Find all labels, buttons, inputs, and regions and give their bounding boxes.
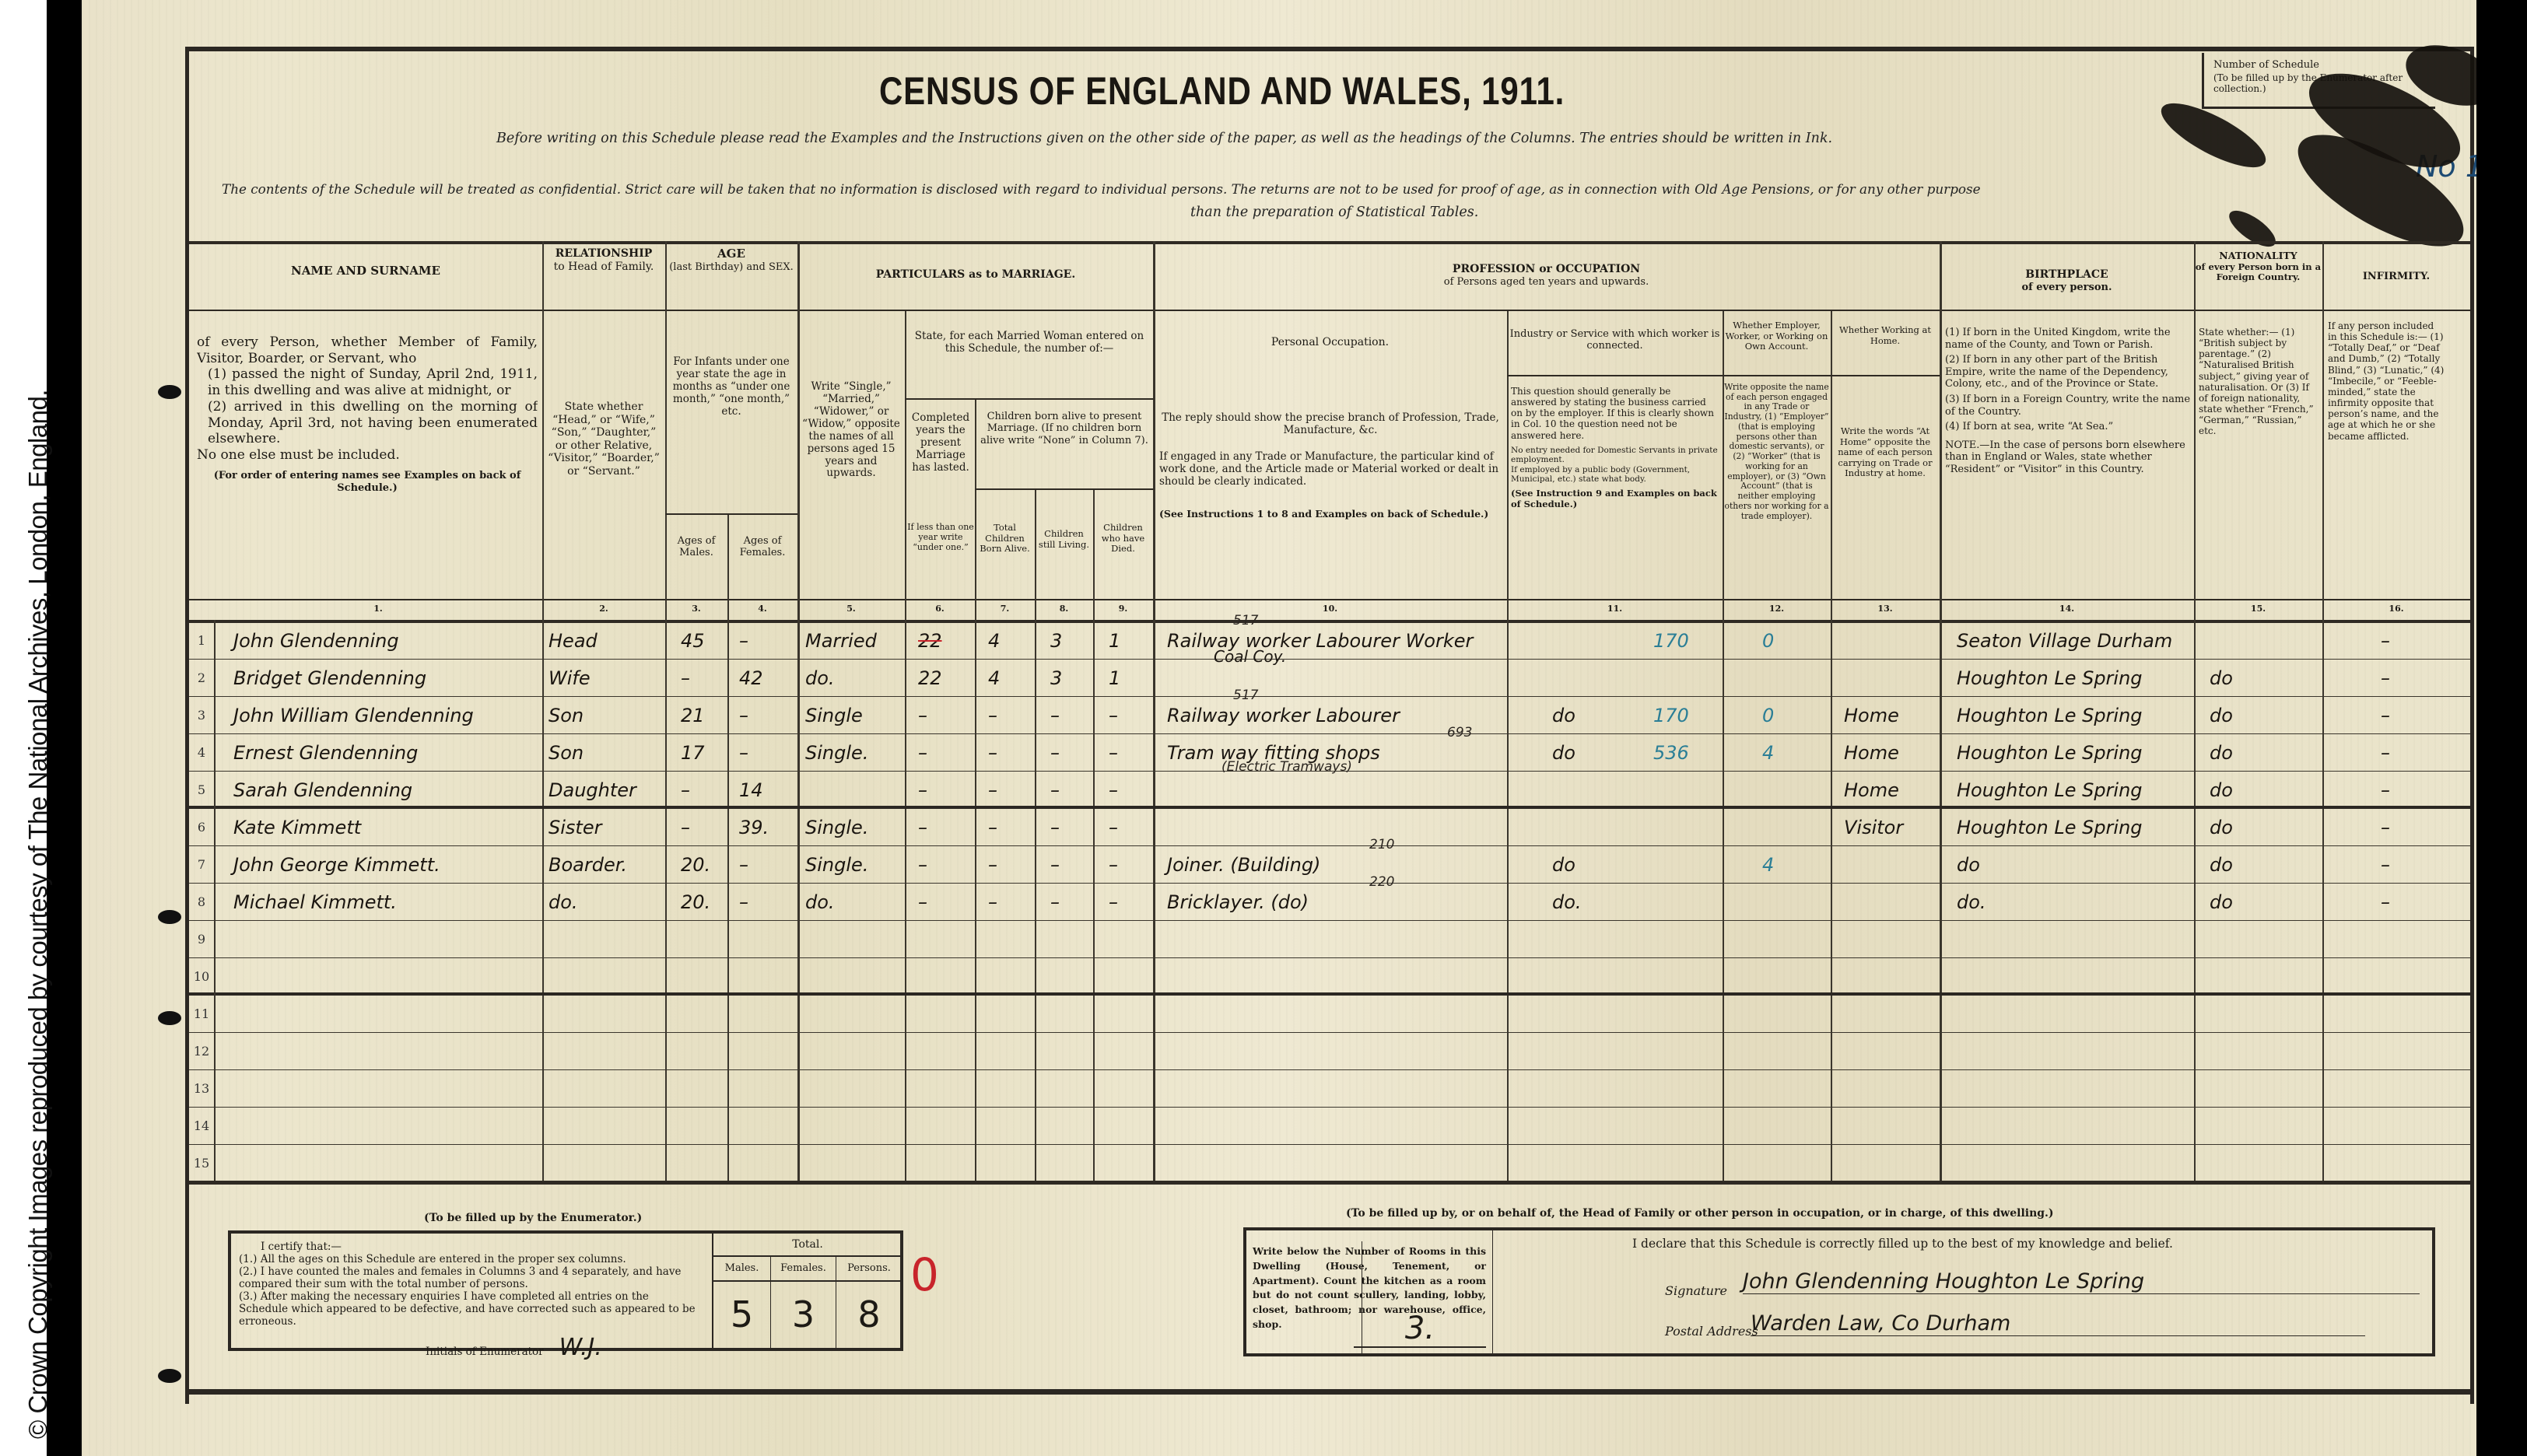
industry-code-cell[interactable]: 170: [1653, 697, 1689, 734]
industry-cell[interactable]: do: [1552, 697, 1575, 734]
years-married-cell[interactable]: –: [918, 846, 927, 884]
colnum: 8.: [1035, 604, 1093, 614]
instruction-line-1: Before writing on this Schedule please r…: [496, 131, 1832, 146]
persons-label: Persons.: [836, 1255, 902, 1282]
nationality-cell[interactable]: do: [2210, 734, 2233, 772]
infirmity-cell[interactable]: –: [2381, 734, 2390, 772]
desc-line: (1) passed the night of Sunday, April 2n…: [197, 366, 538, 398]
table-row: 2Bridget GlendenningWife–42do.22431Hough…: [189, 660, 2470, 697]
industry-code-cell[interactable]: 536: [1653, 734, 1689, 772]
schedule-number-label: Number of Schedule: [2213, 59, 2435, 71]
rule: [905, 398, 1154, 400]
col-occupation-header: PROFESSION or OCCUPATION of Persons aged…: [1153, 263, 1940, 288]
working-at-home-cell[interactable]: Visitor: [1844, 809, 1903, 846]
relationship-cell[interactable]: Son: [549, 734, 584, 772]
table-row: 4Ernest GlendenningSon17–Single.––––Tram…: [189, 734, 2470, 772]
desc-line: (See Instructions 1 to 8 and Examples on…: [1159, 509, 1502, 520]
children-died-cell[interactable]: 1: [1109, 660, 1120, 697]
occupation-cell[interactable]: Bricklayer. (do): [1167, 884, 1309, 921]
row-number: 11: [189, 996, 214, 1033]
col-birthplace-header: BIRTHPLACE of every person.: [1940, 268, 2194, 293]
table-row: 14: [189, 1108, 2470, 1145]
rule: [975, 488, 1154, 490]
occupation-cell[interactable]: Joiner. (Building): [1167, 846, 1320, 884]
total-females: 3: [771, 1282, 836, 1348]
red-check-mark: 0: [910, 1248, 939, 1301]
children-died-cell[interactable]: –: [1109, 884, 1118, 921]
age-male-cell[interactable]: –: [681, 809, 690, 846]
desc-line: No one else must be included.: [197, 447, 538, 464]
nationality-cell[interactable]: do: [2210, 697, 2233, 734]
col13-head: Whether Working at Home.: [1831, 325, 1940, 346]
children-born-cell[interactable]: –: [988, 846, 997, 884]
age-male-cell[interactable]: 20.: [681, 846, 710, 884]
age-female-cell[interactable]: –: [739, 697, 748, 734]
header-title: BIRTHPLACE: [1940, 268, 2194, 282]
header-title: NATIONALITY: [2194, 250, 2322, 262]
desc-line: NOTE.—In the case of persons born elsewh…: [1945, 439, 2191, 476]
punch-hole: [158, 1369, 181, 1383]
desc-line: No entry needed for Domestic Servants in…: [1511, 446, 1719, 465]
children-desc: Children born alive to present Marriage.…: [977, 411, 1151, 446]
employer-status-cell[interactable]: 0: [1762, 697, 1774, 734]
relationship-cell[interactable]: Sister: [549, 809, 601, 846]
infirmity-cell[interactable]: –: [2381, 772, 2390, 809]
name-cell[interactable]: John Glendenning: [233, 622, 399, 660]
industry-cell[interactable]: do: [1552, 846, 1575, 884]
row-number: 6: [189, 809, 214, 846]
col-infirmity-desc: If any person included in this Schedule …: [2328, 320, 2445, 442]
marital-status-cell[interactable]: Single.: [805, 809, 868, 846]
col-infirmity-title: INFIRMITY.: [2322, 271, 2470, 282]
desc-line: (See Instruction 9 and Examples on back …: [1511, 488, 1719, 509]
colnum: 16.: [2322, 604, 2470, 614]
rownum-divider: [214, 620, 216, 1182]
header-title: RELATIONSHIP: [542, 247, 665, 261]
row-number: 4: [189, 734, 214, 772]
table-row: 8Michael Kimmett.do.20.–do.––––Bricklaye…: [189, 884, 2470, 921]
col-age-males: Ages of Males.: [665, 535, 727, 559]
header-title: AGE: [665, 247, 797, 261]
colnum: 7.: [975, 604, 1035, 614]
row-number: 15: [189, 1145, 214, 1182]
col13-desc: Write the words “At Home” opposite the n…: [1833, 426, 1937, 479]
row-number: 10: [189, 958, 214, 996]
years-married-cell[interactable]: –: [918, 697, 927, 734]
age-male-cell[interactable]: –: [681, 772, 690, 809]
age-female-cell[interactable]: –: [739, 884, 748, 921]
row-number: 14: [189, 1108, 214, 1145]
years-married-cell[interactable]: –: [918, 884, 927, 921]
birthplace-cell[interactable]: Seaton Village Durham: [1957, 622, 2172, 660]
relationship-cell[interactable]: Boarder.: [549, 846, 627, 884]
children-living-cell[interactable]: 3: [1050, 622, 1062, 660]
desc-line: If engaged in any Trade or Manufacture, …: [1159, 451, 1502, 488]
infirmity-cell[interactable]: –: [2381, 809, 2390, 846]
col6-note: If less than one year write “under one.”: [906, 523, 975, 553]
age-female-cell[interactable]: 39.: [739, 809, 769, 846]
name-cell[interactable]: Bridget Glendenning: [233, 660, 426, 697]
form-title: CENSUS OF ENGLAND AND WALES, 1911.: [879, 68, 1565, 114]
row-number: 7: [189, 846, 214, 884]
infirmity-cell[interactable]: –: [2381, 884, 2390, 921]
name-cell[interactable]: John William Glendenning: [233, 697, 474, 734]
desc-line: of every Person, whether Member of Famil…: [197, 334, 538, 366]
desc-line: (2) arrived in this dwelling on the morn…: [197, 399, 538, 447]
punch-hole: [158, 1011, 181, 1025]
relationship-cell[interactable]: Head: [549, 622, 598, 660]
industry-cell[interactable]: do: [1552, 734, 1575, 772]
colnum: 11.: [1507, 604, 1723, 614]
col10-desc: The reply should show the precise branch…: [1159, 412, 1502, 520]
relationship-cell[interactable]: Wife: [549, 660, 591, 697]
colnum: 13.: [1831, 604, 1940, 614]
desc-line: (For order of entering names see Example…: [197, 470, 538, 495]
name-cell[interactable]: Ernest Glendenning: [233, 734, 418, 772]
males-label: Males.: [713, 1255, 771, 1282]
nationality-cell[interactable]: do: [2210, 846, 2233, 884]
years-married-cell[interactable]: 22: [918, 622, 942, 660]
punch-hole: [158, 385, 181, 399]
relationship-cell[interactable]: Son: [549, 697, 584, 734]
occupation-code: 517: [1233, 613, 1258, 628]
col10-head: Personal Occupation.: [1153, 336, 1507, 349]
colnum: 9.: [1093, 604, 1153, 614]
desc-line: (4) If born at sea, write “At Sea.”: [1945, 421, 2191, 433]
total-males: 5: [713, 1282, 771, 1348]
table-row: 9: [189, 921, 2470, 958]
name-cell[interactable]: John George Kimmett.: [233, 846, 440, 884]
certify-item: (2.) I have counted the males and female…: [239, 1266, 698, 1291]
nationality-cell[interactable]: do: [2210, 809, 2233, 846]
rule: [1507, 375, 1940, 376]
children-died-cell[interactable]: –: [1109, 697, 1118, 734]
children-born-cell[interactable]: –: [988, 772, 997, 809]
children-born-cell[interactable]: –: [988, 809, 997, 846]
birthplace-cell[interactable]: Houghton Le Spring: [1957, 809, 2143, 846]
relationship-cell[interactable]: Daughter: [549, 772, 636, 809]
instruction-line-2: The contents of the Schedule will be tre…: [222, 181, 1981, 197]
years-married-cell[interactable]: –: [918, 734, 927, 772]
children-died-cell[interactable]: –: [1109, 772, 1118, 809]
table-row: 3John William GlendenningSon21–Single–––…: [189, 697, 2470, 734]
age-female-cell[interactable]: –: [739, 734, 748, 772]
children-born-cell[interactable]: –: [988, 734, 997, 772]
children-born-cell[interactable]: –: [988, 884, 997, 921]
certificate-text: I certify that:— (1.) All the ages on th…: [239, 1241, 698, 1362]
occupation-cell[interactable]: Railway worker Labourer: [1167, 697, 1400, 734]
table-row: 15: [189, 1145, 2470, 1182]
col-name-desc: of every Person, whether Member of Famil…: [197, 334, 538, 495]
col9-desc: Children who have Died.: [1093, 523, 1153, 555]
age-male-cell[interactable]: 17: [681, 734, 705, 772]
marital-status-cell[interactable]: do.: [805, 660, 835, 697]
frame-bottom-rule: [185, 1389, 2474, 1395]
industry-cell[interactable]: do.: [1552, 884, 1582, 921]
birthplace-cell[interactable]: Houghton Le Spring: [1957, 734, 2143, 772]
col7-desc: Total Children Born Alive.: [975, 523, 1035, 555]
occupation-code: 517: [1233, 688, 1258, 703]
years-married-cell[interactable]: –: [918, 809, 927, 846]
age-male-cell[interactable]: 20.: [681, 884, 710, 921]
household-declaration-box: [1243, 1227, 2435, 1356]
children-living-cell[interactable]: –: [1050, 884, 1060, 921]
employer-status-cell[interactable]: 4: [1762, 846, 1774, 884]
children-born-cell[interactable]: 4: [988, 622, 1000, 660]
age-female-cell[interactable]: –: [739, 622, 748, 660]
col-age-desc: For Infants under one year state the age…: [671, 356, 792, 418]
header-subtitle: of every Person born in a Foreign Countr…: [2194, 262, 2322, 283]
enumerator-heading: (To be filled up by the Enumerator.): [424, 1212, 642, 1224]
col12-head: Whether Employer, Worker, or Working on …: [1723, 320, 1831, 352]
age-male-cell[interactable]: 45: [681, 622, 705, 660]
name-cell[interactable]: Kate Kimmett: [233, 809, 361, 846]
colnum: 10.: [1153, 604, 1507, 614]
desc-line: The reply should show the precise branch…: [1159, 412, 1502, 437]
industry-code-cell[interactable]: 170: [1653, 622, 1689, 660]
row-number: 1: [189, 622, 214, 660]
table-row: 12: [189, 1033, 2470, 1070]
enumerator-certificate: I certify that:— (1.) All the ages on th…: [228, 1230, 903, 1351]
marital-status-cell[interactable]: do.: [805, 884, 835, 921]
row-number: 2: [189, 660, 214, 697]
row-number: 12: [189, 1033, 214, 1070]
row-number: 8: [189, 884, 214, 921]
married-woman-desc: State, for each Married Woman entered on…: [909, 331, 1150, 355]
marital-status-cell[interactable]: Single.: [805, 846, 868, 884]
colnum: 4.: [727, 604, 797, 614]
header-bottom-rule: [189, 599, 2470, 600]
table-row: 11: [189, 996, 2470, 1033]
instruction-line-3: than the preparation of Statistical Tabl…: [1190, 205, 1478, 220]
col11-desc: This question should generally be answer…: [1511, 386, 1719, 509]
table-row: 1John GlendenningHead45–Married22431Rail…: [189, 622, 2470, 660]
occupation-cell[interactable]: Railway worker Labourer Worker: [1167, 622, 1473, 660]
table-bottom-rule: [189, 1181, 2470, 1185]
employer-status-cell[interactable]: 4: [1762, 734, 1774, 772]
col-age-females: Ages of Females.: [727, 535, 797, 559]
working-at-home-cell[interactable]: Home: [1844, 734, 1899, 772]
infirmity-cell[interactable]: –: [2381, 846, 2390, 884]
colnum: 12.: [1723, 604, 1831, 614]
table-row: 13: [189, 1070, 2470, 1108]
children-born-cell[interactable]: 4: [988, 660, 1000, 697]
certify-line: I certify that:—: [239, 1241, 698, 1254]
age-female-cell[interactable]: 14: [739, 772, 763, 809]
table-row: 7John George Kimmett.Boarder.20.–Single.…: [189, 846, 2470, 884]
household-heading: (To be filled up by, or on behalf of, th…: [1346, 1207, 2054, 1220]
children-died-cell[interactable]: –: [1109, 734, 1118, 772]
desc-line: This question should generally be answer…: [1511, 386, 1719, 441]
nationality-cell[interactable]: do: [2210, 884, 2233, 921]
occupation-code: 220: [1369, 874, 1394, 890]
desc-line: If employed by a public body (Government…: [1511, 465, 1719, 485]
colnum: 14.: [1940, 604, 2194, 614]
col-birthplace-desc: (1) If born in the United Kingdom, write…: [1945, 327, 2191, 476]
desc-line: (1) If born in the United Kingdom, write…: [1945, 327, 2191, 351]
colnum: 1.: [214, 604, 542, 614]
employer-status-cell[interactable]: 0: [1762, 622, 1774, 660]
col-relationship-header: RELATIONSHIP to Head of Family.: [542, 247, 665, 273]
desc-line: (2) If born in any other part of the Bri…: [1945, 354, 2191, 390]
header-subtitle: to Head of Family.: [542, 261, 665, 274]
total-persons: 8: [836, 1282, 902, 1348]
birthplace-cell[interactable]: do: [1957, 846, 1980, 884]
nationality-cell[interactable]: do: [2210, 772, 2233, 809]
females-label: Females.: [771, 1255, 836, 1282]
occupation-code: 210: [1369, 837, 1394, 852]
colnum: 6.: [905, 604, 975, 614]
working-at-home-cell[interactable]: Home: [1844, 772, 1899, 809]
age-female-cell[interactable]: –: [739, 846, 748, 884]
col-relationship-desc: State whether “Head,” or “Wife,” “Son,” …: [546, 401, 661, 478]
col-age-header: AGE (last Birthday) and SEX.: [665, 247, 797, 273]
children-living-cell[interactable]: –: [1050, 809, 1060, 846]
marital-status-cell[interactable]: Single: [805, 697, 863, 734]
age-male-cell[interactable]: 21: [681, 697, 705, 734]
col-name-title: NAME AND SURNAME: [189, 264, 542, 278]
col-marriage-title: PARTICULARS as to MARRIAGE.: [797, 268, 1154, 282]
colnum: 2.: [542, 604, 665, 614]
relationship-cell[interactable]: do.: [549, 884, 578, 921]
scan-border: [2476, 0, 2527, 1456]
row-number: 9: [189, 921, 214, 958]
table-row: 6Kate KimmettSister–39.Single.––––Visito…: [189, 809, 2470, 846]
working-at-home-cell[interactable]: Home: [1844, 697, 1899, 734]
copyright-strip: © Crown Copyright Images reproduced by c…: [0, 0, 47, 1456]
header-subtitle: of Persons aged ten years and upwards.: [1153, 276, 1940, 288]
colnum: 5.: [797, 604, 905, 614]
children-living-cell[interactable]: 3: [1050, 660, 1062, 697]
birthplace-cell[interactable]: Houghton Le Spring: [1957, 660, 2143, 697]
copyright-notice: © Crown Copyright Images reproduced by c…: [23, 390, 53, 1439]
years-married-cell[interactable]: –: [918, 772, 927, 809]
birthplace-cell[interactable]: do.: [1957, 884, 1986, 921]
children-living-cell[interactable]: –: [1050, 846, 1060, 884]
col-nationality-header: NATIONALITY of every Person born in a Fo…: [2194, 250, 2322, 283]
row-number: 13: [189, 1070, 214, 1108]
header-subtitle: (last Birthday) and SEX.: [665, 261, 797, 273]
desc-line: (3) If born in a Foreign Country, write …: [1945, 394, 2191, 418]
totals-grid: Total. Males. Females. Persons. 5 3 8: [712, 1234, 902, 1348]
total-label: Total.: [713, 1234, 902, 1257]
nationality-cell[interactable]: do: [2210, 660, 2233, 697]
occupation-code: 693: [1447, 725, 1472, 740]
initials-label: Initials of Enumerator: [426, 1346, 544, 1358]
age-female-cell[interactable]: 42: [739, 660, 763, 697]
infirmity-cell[interactable]: –: [2381, 697, 2390, 734]
col6-desc: Completed years the present Marriage has…: [906, 412, 975, 474]
col11-head: Industry or Service with which worker is…: [1507, 328, 1723, 352]
col8-desc: Children still Living.: [1035, 529, 1093, 550]
col5-desc: Write “Single,” “Married,” “Widower,” or…: [801, 381, 901, 480]
rule: [665, 513, 797, 515]
table-row: 10: [189, 958, 2470, 996]
punch-hole: [158, 910, 181, 924]
children-living-cell[interactable]: –: [1050, 697, 1060, 734]
name-cell[interactable]: Michael Kimmett.: [233, 884, 397, 921]
infirmity-cell[interactable]: –: [2381, 622, 2390, 660]
marital-status-cell[interactable]: Married: [805, 622, 877, 660]
col-nationality-desc: State whether:— (1) “British subject by …: [2199, 327, 2318, 437]
years-married-cell[interactable]: 22: [918, 660, 942, 697]
children-born-cell[interactable]: –: [988, 697, 997, 734]
table-row: 5Sarah GlendenningDaughter–14––––HomeHou…: [189, 772, 2470, 809]
col12-desc: Write opposite the name of each person e…: [1724, 383, 1829, 521]
row-number: 3: [189, 697, 214, 734]
children-living-cell[interactable]: –: [1050, 772, 1060, 809]
children-died-cell[interactable]: –: [1109, 809, 1118, 846]
infirmity-cell[interactable]: –: [2381, 660, 2390, 697]
header-top-rule: [189, 241, 2470, 244]
marital-status-cell[interactable]: Single.: [805, 734, 868, 772]
colnum: 15.: [2194, 604, 2322, 614]
birthplace-cell[interactable]: Houghton Le Spring: [1957, 772, 2143, 809]
header-subtitle: of every person.: [1940, 282, 2194, 293]
colnum: 3.: [665, 604, 727, 614]
certify-item: (1.) All the ages on this Schedule are e…: [239, 1254, 698, 1266]
children-died-cell[interactable]: 1: [1109, 622, 1120, 660]
children-died-cell[interactable]: –: [1109, 846, 1118, 884]
enumerator-initials: W.J.: [559, 1334, 602, 1361]
name-cell[interactable]: Sarah Glendenning: [233, 772, 412, 809]
row-number: 5: [189, 772, 214, 809]
birthplace-cell[interactable]: Houghton Le Spring: [1957, 697, 2143, 734]
certify-item: (3.) After making the necessary enquirie…: [239, 1291, 698, 1328]
header-title: PROFESSION or OCCUPATION: [1153, 263, 1940, 276]
children-living-cell[interactable]: –: [1050, 734, 1060, 772]
header-mid-rule: [189, 310, 2470, 311]
age-male-cell[interactable]: –: [681, 660, 690, 697]
